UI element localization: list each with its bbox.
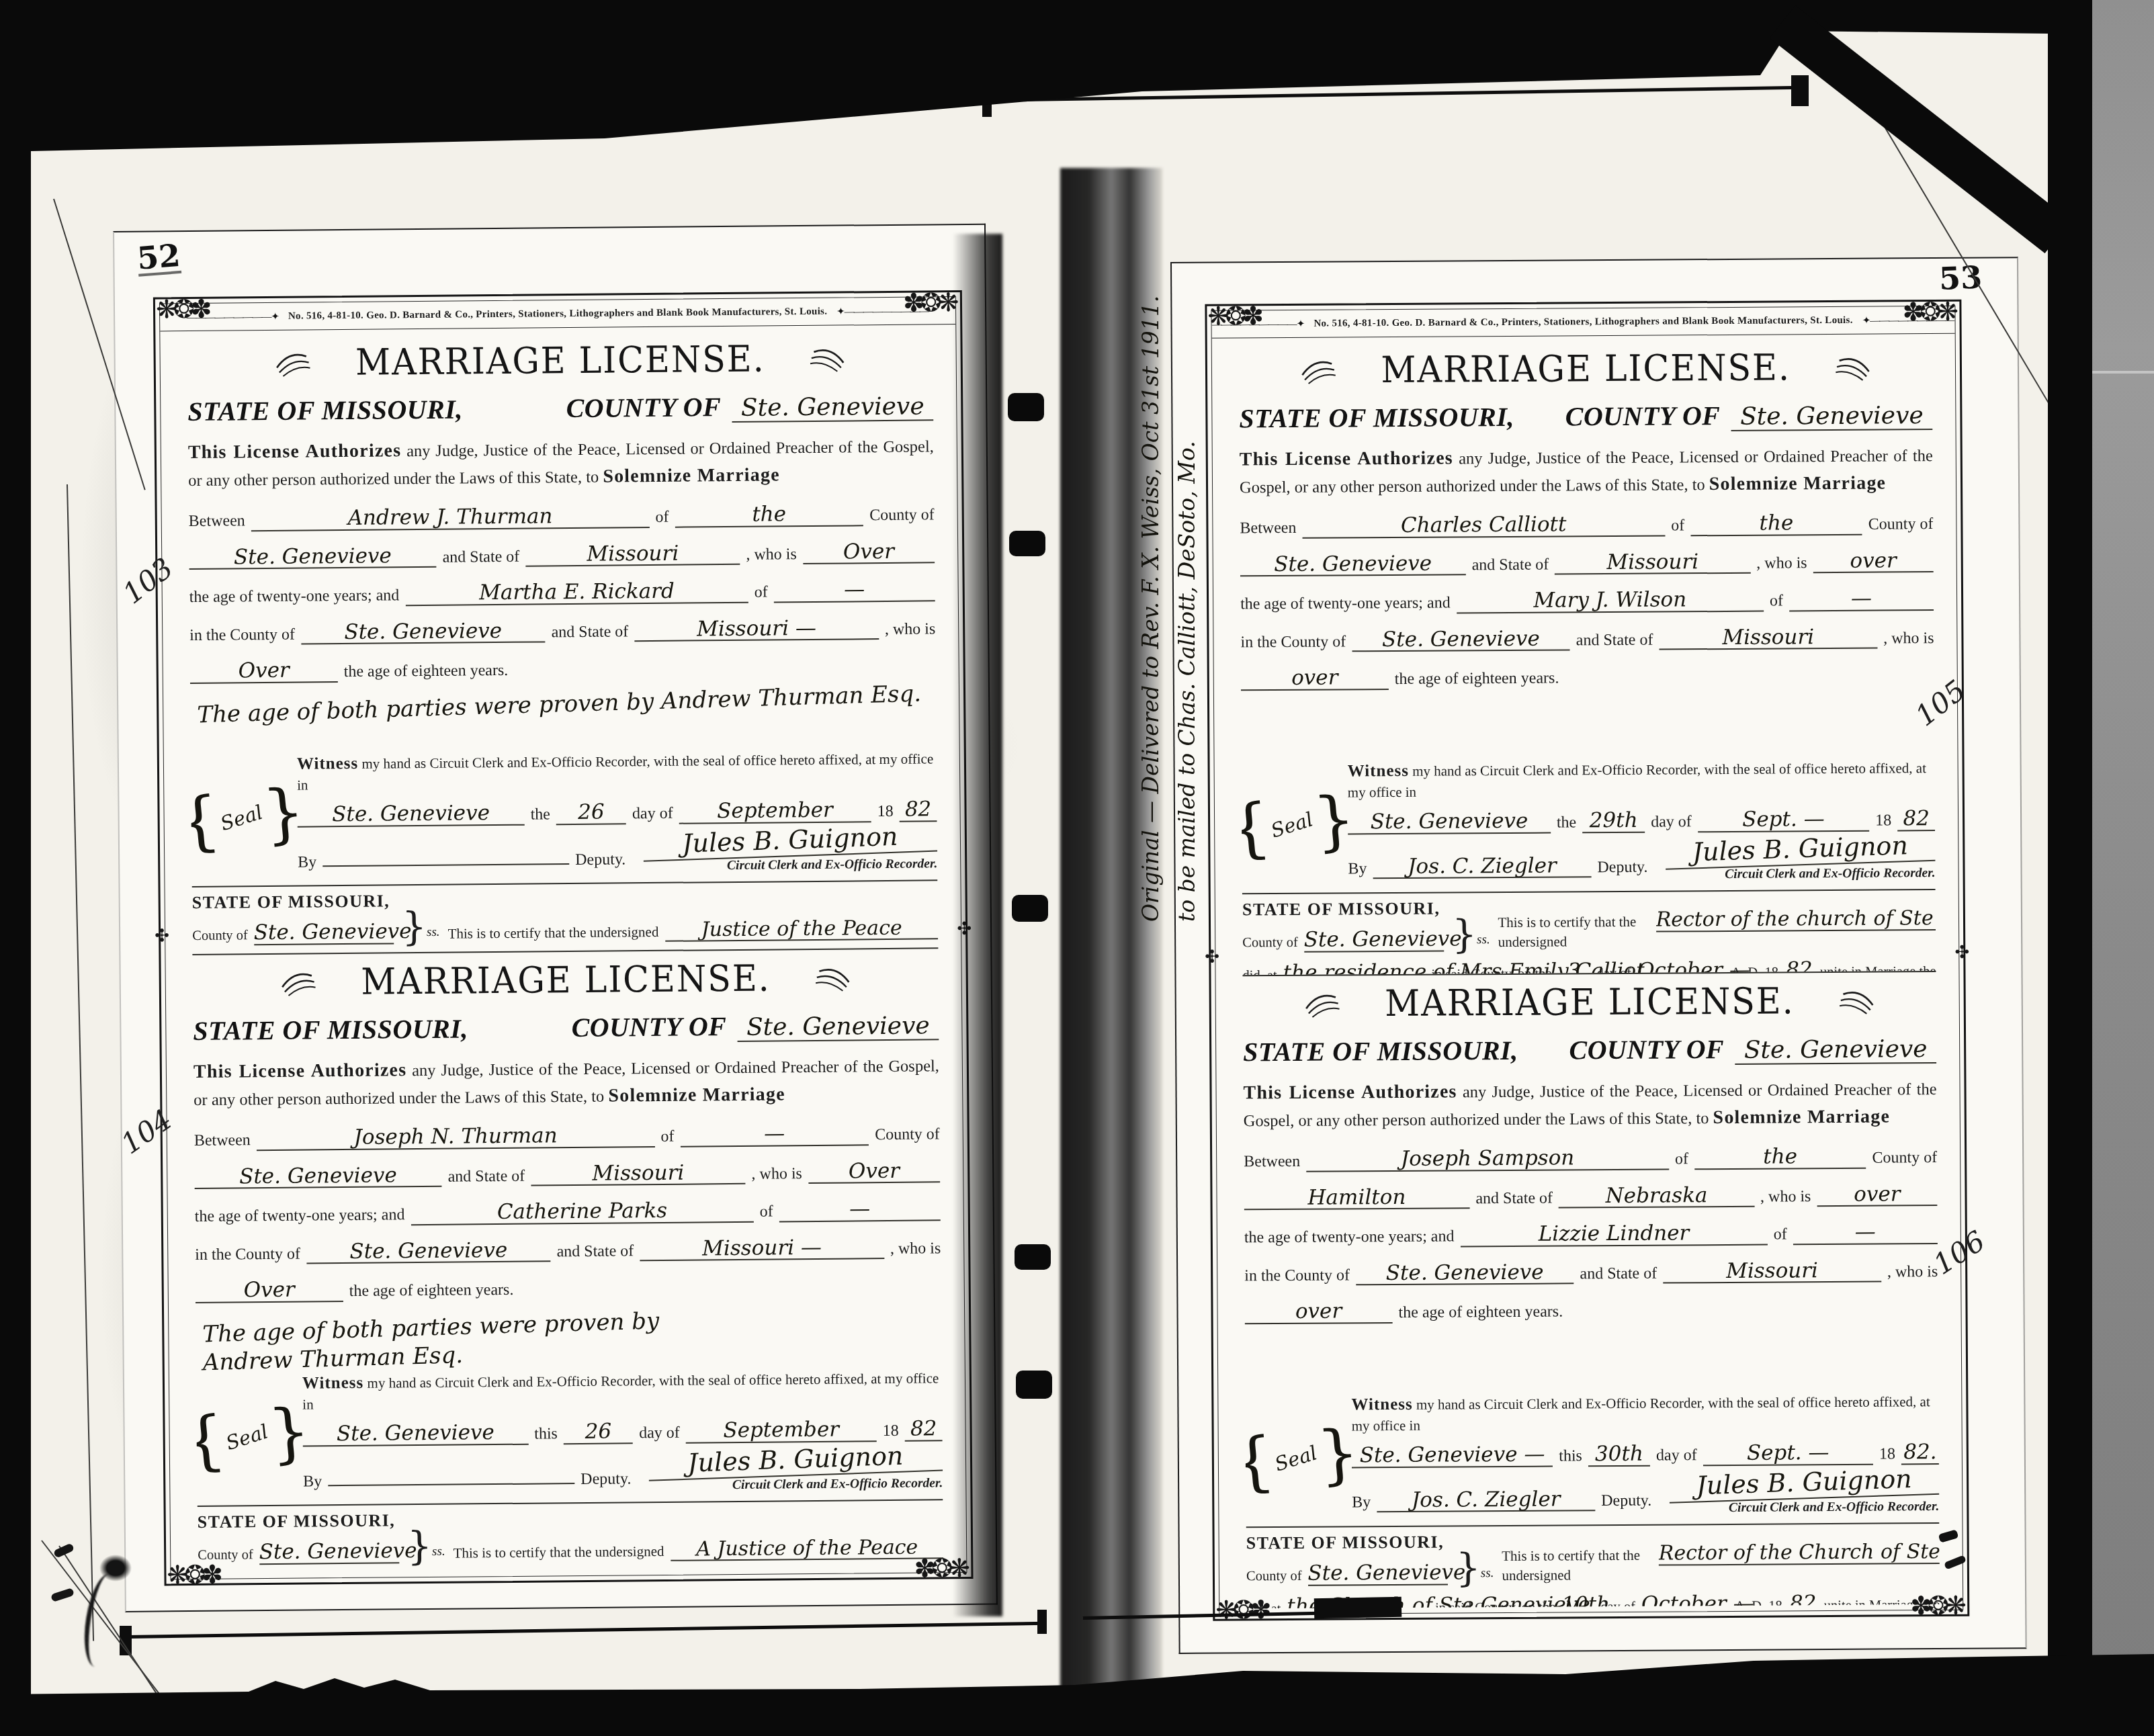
state-small-heading: STATE OF MISSOURI, [1242,899,1444,920]
certify-block: STATE OF MISSOURI, County of Ste. Genevi… [198,1500,944,1573]
day-of-label: day of [632,805,673,824]
who-is-label: , who is [1883,630,1934,648]
witness-place: Ste. Genevieve [302,1422,528,1446]
scanned-book-spread: 52 ❋❂✽ ❋❂✽ ❋❂✽ ❋❂✽ ✣ ✣ ―――――――――✦ No. 51… [0,0,2154,1736]
ss-label: ss. [1481,1566,1494,1585]
between-label: Between [189,512,245,531]
marriage-license-certificate: MARRIAGE LICENSE. STATE OF MISSOURI, COU… [1242,971,1940,1608]
day-of-label: day of [1651,813,1692,831]
state-county-row: STATE OF MISSOURI, COUNTY OF Ste. Genevi… [1239,398,1932,434]
certify-header-row: STATE OF MISSOURI, County of Ste. Genevi… [192,887,939,946]
rosette-ornament-icon: ❋❂✽ [1907,301,1959,323]
and-state-of-label: and State of [1580,1264,1657,1283]
groom-name: Andrew J. Thurman [251,505,650,531]
groom-county: Ste. Genevieve [194,1164,442,1190]
certify-state-county: STATE OF MISSOURI, County of Ste. Genevi… [198,1511,400,1565]
groom-of-value: the [1694,1145,1866,1170]
certify-county-line: County of Ste. Genevieve [192,921,394,946]
witness-content: Witness my hand as Circuit Clerk and Ex-… [297,747,938,877]
witness-content: Witness my hand as Circuit Clerk and Ex-… [302,1366,943,1497]
of-label: of [1770,593,1783,611]
title-flourish-icon [797,963,853,992]
groom-of-value: the [1690,512,1862,536]
scanner-bed-left-band [0,0,31,1736]
authorization-paragraph: This License Authorizes any Judge, Justi… [1243,1076,1936,1134]
by-deputy-line: By Deputy. [298,851,626,872]
page-number: 52 [136,240,181,277]
bride-state: Missouri [1663,1259,1881,1284]
marriage-month: October — [1641,1593,1729,1608]
by-deputy-area: By Deputy. [303,1461,632,1497]
bride-of-value: — [1793,1221,1938,1245]
binding-hole-mark [1008,393,1044,421]
who-is-label: , who is [885,620,936,639]
day-of-label: day of [1600,1600,1635,1609]
title-flourish-icon [1817,353,1873,382]
witness-year: 82 [1897,808,1935,831]
groom-state: Missouri [525,542,740,567]
of-label: of [660,1128,674,1146]
solemnize-lead: Solemnize Marriage [1713,1106,1890,1128]
title-flourish-icon [791,344,848,373]
by-label: By [298,854,316,872]
year-18-label: 18 [877,803,893,821]
marriage-day: 28th [542,1571,581,1573]
bride-age-status: Over [196,1278,343,1303]
gutter-annotation: Original — Delivered to Rev. F. X. Weiss… [1133,922,1759,994]
groom-state: Missouri [531,1162,746,1186]
bride-county-line: in the County of Ste. Genevieve and Stat… [1244,1259,1938,1287]
authorizes-lead: This License Authorizes [1243,1081,1457,1103]
county-small-label: County of [1246,1569,1302,1585]
note-line-1 [1248,691,1934,710]
certificate-title-row: MARRIAGE LICENSE. [192,955,939,1004]
authorization-paragraph: This License Authorizes any Judge, Justi… [188,433,935,494]
mid-ornament-icon: ✣ [957,922,972,937]
groom-name: Joseph N. Thurman [257,1124,655,1151]
title-flourish-icon [1298,356,1354,385]
witness-block: { Seal } Witness my hand as Circuit Cler… [196,1366,943,1498]
witness-body: my hand as Circuit Clerk and Ex-Officio … [297,750,933,793]
witness-month: Sept. — [1703,1442,1872,1466]
certify-state-county: STATE OF MISSOURI, County of Ste. Genevi… [192,892,394,946]
witness-article: this [534,1425,558,1443]
ad-18-label: A. D. 18 [1735,1598,1782,1608]
between-label: Between [194,1131,251,1150]
by-deputy-area: By Deputy. [298,842,626,877]
witness-body: my hand as Circuit Clerk and Ex-Officio … [1352,1393,1930,1434]
in-county-of-label: in the County of [1244,1266,1350,1285]
blank-filler [514,672,935,675]
witness-lead: Witness [302,1374,364,1393]
ss-brace-icon: } [1456,1550,1481,1585]
witness-article: the [530,806,550,824]
certificate-title: MARRIAGE LICENSE. [1381,346,1791,391]
age-proof-note [1241,695,1935,756]
witness-body: my hand as Circuit Clerk and Ex-Officio … [1348,760,1926,800]
spacer [479,1037,561,1037]
groom-age-status: over [1817,1183,1937,1207]
clerk-signature-column: Jules B. Guignon Circuit Clerk and Ex-Of… [643,826,937,875]
registration-mark-cap [1791,75,1809,106]
witness-date-line: Ste. Genevieve the 26 day of September 1… [297,798,937,827]
age-21-label: the age of twenty-one years; and [1240,595,1451,614]
certify-county-line: County of Ste. Genevieve [198,1540,399,1565]
witness-place: Ste. Genevieve — [1352,1444,1553,1468]
book-page-52: 52 ❋❂✽ ❋❂✽ ❋❂✽ ❋❂✽ ✣ ✣ ―――――――――✦ No. 51… [113,224,998,1612]
rosette-ornament-icon: ❋❂✽ [1915,1594,1967,1616]
groom-name: Joseph Sampson [1306,1147,1669,1172]
groom-line: Between Andrew J. Thurman of the County … [189,503,935,532]
certify-state-county: STATE OF MISSOURI, County of Ste. Genevi… [1246,1532,1448,1586]
groom-of-value: the [675,503,863,527]
year-18-label: 18 [1879,1445,1895,1463]
bride-age-line: over the age of eighteen years. [1241,663,1934,691]
bride-line: the age of twenty-one years; and Catheri… [195,1198,941,1227]
film-edge-light-line [2092,371,2154,374]
age-proof-note: The age of both parties were proven by A… [190,685,937,750]
age-18-label: the age of eighteen years. [1395,670,1559,689]
groom-county-line: Ste. Genevieve and State of Missouri , w… [1240,550,1934,577]
by-label: By [303,1473,322,1491]
witness-lead: Witness [297,754,359,773]
witness-body: my hand as Circuit Clerk and Ex-Officio … [302,1370,939,1412]
witness-signature-row: By Deputy. Jules B. Guignon Circuit Cler… [303,1445,943,1497]
certificate-title-row: MARRIAGE LICENSE. [187,336,933,385]
witness-month: September [686,1418,877,1443]
gutter-annotation-line-2: to be mailed to Chas. Calliott, DeSoto, … [1169,296,1205,922]
state-small-heading: STATE OF MISSOURI, [198,1511,399,1533]
ss-mark: } ss. [1456,1550,1494,1586]
bride-county: Ste. Genevieve [301,619,546,645]
and-state-of-label: and State of [442,548,519,566]
certify-county: Ste. Genevieve [259,1540,400,1565]
seal-brace-icon: } [267,1405,312,1461]
in-county-of-label: in the County of [1240,633,1346,652]
note-line-2 [1252,1325,1938,1344]
certificate-title-row: MARRIAGE LICENSE. [1239,345,1932,392]
by-deputy-line: By Deputy. [303,1471,631,1491]
witness-lead: Witness [1348,762,1409,781]
county-of-label: COUNTY OF [1565,400,1720,432]
witness-month: Sept. — [1698,808,1870,832]
county-name-handwritten: Ste. Genevieve [1731,403,1932,431]
county-of-label: COUNTY OF [571,1010,726,1043]
witness-date-line: Ste. Genevieve the 29th day of Sept. — 1… [1348,808,1935,834]
state-small-heading: STATE OF MISSOURI, [192,892,394,914]
registration-mark-cap [1037,1610,1047,1634]
witness-deputy-signature: Jos. C. Ziegler [1377,1488,1595,1513]
in-county-of-label: in the County of [195,1245,300,1264]
certify-header-row: STATE OF MISSOURI, County of Ste. Genevi… [1246,1529,1940,1586]
county-of-small-label: County of [1872,1149,1937,1168]
marriage-date-line: did, at The Brides Mothers — in said Cou… [198,1568,943,1573]
bride-county: Ste. Genevieve [1352,627,1570,652]
bride-name: Martha E. Rickard [405,580,748,606]
by-label: By [1352,1493,1371,1512]
county-of-label: COUNTY OF [566,391,721,424]
county-name-handwritten: Ste. Genevieve [732,394,933,422]
witness-signature-row: By Jos. C. Ziegler Deputy. Jules B. Guig… [1348,835,1935,885]
seal-mark: { Seal } [1242,1393,1351,1523]
by-deputy-area: By Jos. C. Ziegler Deputy. [1348,845,1647,885]
county-of-small-label: County of [1868,515,1934,534]
title-flourish-icon [272,349,329,378]
binding-hole-mark [1009,531,1045,556]
publisher-line: No. 516, 4-81-10. Geo. D. Barnard & Co.,… [288,306,827,322]
solemnize-lead: Solemnize Marriage [1709,472,1887,494]
deputy-label: Deputy. [1601,1492,1651,1510]
officiant-title: Rector of the Church of Ste Genevieve [1659,1541,1940,1565]
scanner-bed-right-band [2048,0,2092,1736]
bride-line: the age of twenty-one years; and Martha … [189,578,935,608]
state-small-heading: STATE OF MISSOURI, [1246,1532,1448,1554]
and-state-of-label: and State of [1472,556,1549,574]
title-flourish-icon [277,968,334,997]
certificates-container: MARRIAGE LICENSE. STATE OF MISSOURI, COU… [187,329,943,1573]
witness-place: Ste. Genevieve [297,802,524,827]
binding-hole-mark [1016,1371,1052,1399]
witness-date-line: Ste. Genevieve — this 30th day of Sept. … [1352,1441,1939,1468]
witness-deputy-signature [322,864,569,867]
state-county-row: STATE OF MISSOURI, COUNTY OF Ste. Genevi… [187,389,933,427]
seal-brace-icon: } [261,786,307,841]
witness-content: Witness my hand as Circuit Clerk and Ex-… [1348,756,1936,885]
age-proof-note [1245,1328,1939,1390]
rosette-ornament-icon: ❋❂✽ [918,1556,971,1578]
county-of-label: COUNTY OF [1569,1033,1724,1066]
state-county-row: STATE OF MISSOURI, COUNTY OF Ste. Genevi… [193,1008,939,1047]
groom-name: Charles Calliott [1302,513,1665,539]
publisher-line-row: ―――――――――✦ No. 516, 4-81-10. Geo. D. Bar… [160,297,955,331]
certificate-title: MARRIAGE LICENSE. [355,338,765,384]
bride-state: Missouri [1659,625,1877,650]
ss-mark: } ss. [407,1528,445,1564]
bride-county: Ste. Genevieve [1356,1261,1574,1286]
solemnize-lead: Solemnize Marriage [603,464,780,486]
witness-block: { Seal } Witness my hand as Circuit Cler… [191,747,938,878]
witness-signature-row: By Deputy. Jules B. Guignon Circuit Cler… [298,826,938,877]
note-line-2 [1248,691,1934,710]
county-of-small-label: County of [869,507,935,525]
mid-ornament-icon: ✣ [155,928,169,943]
witness-content: Witness my hand as Circuit Clerk and Ex-… [1351,1390,1939,1518]
who-is-label: , who is [890,1240,941,1258]
bride-county-line: in the County of Ste. Genevieve and Stat… [189,616,935,646]
clerk-signature-column: Jules B. Guignon Circuit Clerk and Ex-Of… [648,1445,943,1494]
ss-label: ss. [427,925,440,944]
bride-name: Catherine Parks [411,1199,754,1225]
age-21-label: the age of twenty-one years; and [195,1207,405,1227]
bride-line: the age of twenty-one years; and Lizzie … [1244,1221,1938,1248]
certify-undersigned-row: This is to certify that the undersigned … [447,917,938,944]
ss-brace-icon: } [407,1528,432,1564]
clerk-signature: Jules B. Guignon [1665,831,1936,869]
bride-of-value: — [1789,587,1934,611]
certify-undersigned-row: This is to certify that the undersigned … [453,1536,943,1563]
by-deputy-area: By Jos. C. Ziegler Deputy. [1352,1479,1651,1518]
marriage-year: 82 [1789,1592,1818,1608]
authorization-paragraph: This License Authorizes any Judge, Justi… [1240,442,1933,501]
seal-brace-icon: } [1311,793,1357,849]
county-name-handwritten: Ste. Genevieve [737,1013,939,1041]
witness-year: 82 [904,1418,942,1441]
day-of-label: day of [1656,1446,1697,1465]
who-is-label: , who is [1756,554,1807,572]
bride-county: Ste. Genevieve [306,1239,551,1264]
authorization-paragraph: This License Authorizes any Judge, Justi… [193,1052,940,1113]
groom-state: Missouri [1555,550,1750,574]
witness-year: 82. [1901,1441,1939,1465]
gutter-annotation-line-1: Original — Delivered to Rev. F. X. Weiss… [1133,296,1169,922]
groom-age-status: Over [808,1160,941,1184]
state-heading: STATE OF MISSOURI, [1239,401,1514,435]
seal-brace-icon: { [1242,1434,1276,1489]
marriage-year: 82 [792,1569,822,1573]
bride-age-line: Over the age of eighteen years. [190,654,936,684]
by-label: By [1348,860,1367,878]
age-proof-note: The age of both parties were proven by A… [196,1305,942,1369]
bride-age-status: Over [190,659,338,683]
state-heading: STATE OF MISSOURI, [1243,1035,1518,1068]
age-21-label: the age of twenty-one years; and [1244,1228,1455,1248]
in-county-of-label: in the County of [189,625,295,644]
bride-age-status: over [1244,1300,1392,1324]
of-label: of [760,1203,773,1221]
witness-day: 30th [1588,1443,1650,1467]
bride-age-line: over the age of eighteen years. [1244,1297,1938,1324]
bride-age-line: Over the age of eighteen years. [196,1274,941,1303]
witness-article: the [1557,814,1576,832]
blank-filler [1569,1314,1938,1316]
blank-filler [519,1291,941,1295]
seal-text: Seal [224,1421,271,1453]
publisher-line: No. 516, 4-81-10. Geo. D. Barnard & Co.,… [1313,314,1852,329]
state-heading: STATE OF MISSOURI, [193,1012,468,1047]
state-county-row: STATE OF MISSOURI, COUNTY OF Ste. Genevi… [1243,1032,1936,1068]
certificate-title: MARRIAGE LICENSE. [361,957,771,1003]
groom-age-status: over [1813,550,1934,574]
seal-text: Seal [1273,1442,1320,1475]
marriage-place: The Brides Mothers — [239,1573,409,1573]
clerk-signature: Jules B. Guignon [642,822,937,861]
groom-county: Ste. Genevieve [1240,552,1466,577]
seal-mark: { Seal } [1239,760,1348,889]
bride-name: Mary J. Wilson [1457,589,1764,613]
title-flourish-icon [1821,986,1877,1015]
between-label: Between [1244,1153,1300,1172]
witness-day: 29th [1582,810,1645,833]
mid-ornament-icon: ✣ [1954,945,1969,959]
film-edge-gray-strip [2092,0,2154,1736]
certify-county: Ste. Genevieve [1307,1562,1448,1586]
bride-state: Missouri — [634,617,879,642]
witness-article: this [1559,1447,1582,1465]
seal-brace-icon: { [1239,801,1273,856]
witness-day: 26 [556,801,626,824]
county-name-handwritten: Ste. Genevieve [1735,1037,1936,1065]
state-heading: STATE OF MISSOURI, [187,393,463,427]
by-deputy-line: By Jos. C. Ziegler Deputy. [1352,1488,1651,1513]
between-label: Between [1240,519,1296,538]
groom-county: Hamilton [1244,1186,1469,1211]
marriage-license-certificate: MARRIAGE LICENSE. STATE OF MISSOURI, COU… [187,329,938,954]
bride-line: the age of twenty-one years; and Mary J.… [1240,587,1934,615]
marriage-license-certificate: MARRIAGE LICENSE. STATE OF MISSOURI, COU… [192,947,943,1573]
county-of-small-label: County of [875,1125,940,1144]
and-state-of-label: and State of [448,1167,525,1186]
age-18-label: the age of eighteen years. [344,662,509,681]
groom-county-line: Hamilton and State of Nebraska , who is … [1244,1183,1937,1211]
officiant-title: A Justice of the Peace [671,1536,943,1561]
witness-paragraph: Witness my hand as Circuit Clerk and Ex-… [297,747,937,794]
of-label: of [754,584,767,602]
who-is-label: , who is [751,1165,802,1184]
of-label: of [1774,1226,1787,1244]
age-18-label: the age of eighteen years. [1398,1303,1563,1322]
bride-county-line: in the County of Ste. Genevieve and Stat… [195,1235,941,1265]
groom-county: Ste. Genevieve [189,545,437,570]
page-number: 53 [1938,262,1983,295]
certify-text: This is to certify that the undersigned [1502,1546,1652,1585]
clerk-signature-column: Jules B. Guignon Circuit Clerk and Ex-Of… [1669,1469,1939,1516]
certify-block: STATE OF MISSOURI, County of Ste. Genevi… [1246,1522,1940,1608]
bride-of-value: — [779,1198,940,1223]
and-state-of-label: and State of [557,1242,634,1261]
binding-hole-mark [1015,1244,1051,1270]
witness-date-line: Ste. Genevieve this 26 day of September … [302,1418,942,1446]
of-label: of [655,509,669,527]
witness-block: { Seal } Witness my hand as Circuit Cler… [1245,1390,1939,1519]
seal-brace-icon: { [187,794,222,849]
witness-paragraph: Witness my hand as Circuit Clerk and Ex-… [1351,1390,1938,1435]
certify-header-row: STATE OF MISSOURI, County of Ste. Genevi… [198,1506,944,1565]
spacer [474,417,556,418]
marriage-day: 10th [1561,1594,1594,1608]
authorizes-lead: This License Authorizes [193,1059,407,1082]
deputy-label: Deputy. [1597,859,1647,877]
clerk-title-caption: Circuit Clerk and Ex-Officio Recorder. [1669,1500,1939,1516]
certify-block: STATE OF MISSOURI, County of Ste. Genevi… [192,880,939,954]
and-state-of-label: and State of [551,623,628,642]
authorizes-lead: This License Authorizes [1240,447,1453,470]
who-is-label: , who is [1887,1263,1938,1281]
seal-text: Seal [218,801,265,834]
ss-mark: } ss. [402,909,440,945]
witness-deputy-signature [328,1483,574,1487]
age-18-label: the age of eighteen years. [349,1281,514,1301]
seal-mark: { Seal } [187,753,298,883]
seal-mark: { Seal } [192,1372,303,1502]
groom-state: Nebraska [1559,1184,1754,1208]
witness-place: Ste. Genevieve [1348,810,1551,834]
bride-county-line: in the County of Ste. Genevieve and Stat… [1240,625,1934,653]
publisher-line-row: ―――――――――✦ No. 516, 4-81-10. Geo. D. Bar… [1211,306,1954,339]
bride-of-value: — [773,578,935,603]
authorizes-lead: This License Authorizes [188,440,402,463]
clerk-signature-column: Jules B. Guignon Circuit Clerk and Ex-Of… [1665,835,1935,883]
certify-county-line: County of Ste. Genevieve [1246,1562,1448,1586]
deputy-label: Deputy. [580,1471,631,1489]
officiant-title: Justice of the Peace [665,917,938,942]
blank-filler [1565,681,1934,683]
groom-age-status: Over [803,540,935,564]
rosette-ornament-icon: ❋❂✽ [167,1562,219,1584]
groom-county-line: Ste. Genevieve and State of Missouri , w… [189,540,935,570]
seal-brace-icon: } [1316,1427,1361,1482]
certify-undersigned-row: This is to certify that the undersigned … [1502,1541,1940,1585]
who-is-label: , who is [746,546,797,564]
